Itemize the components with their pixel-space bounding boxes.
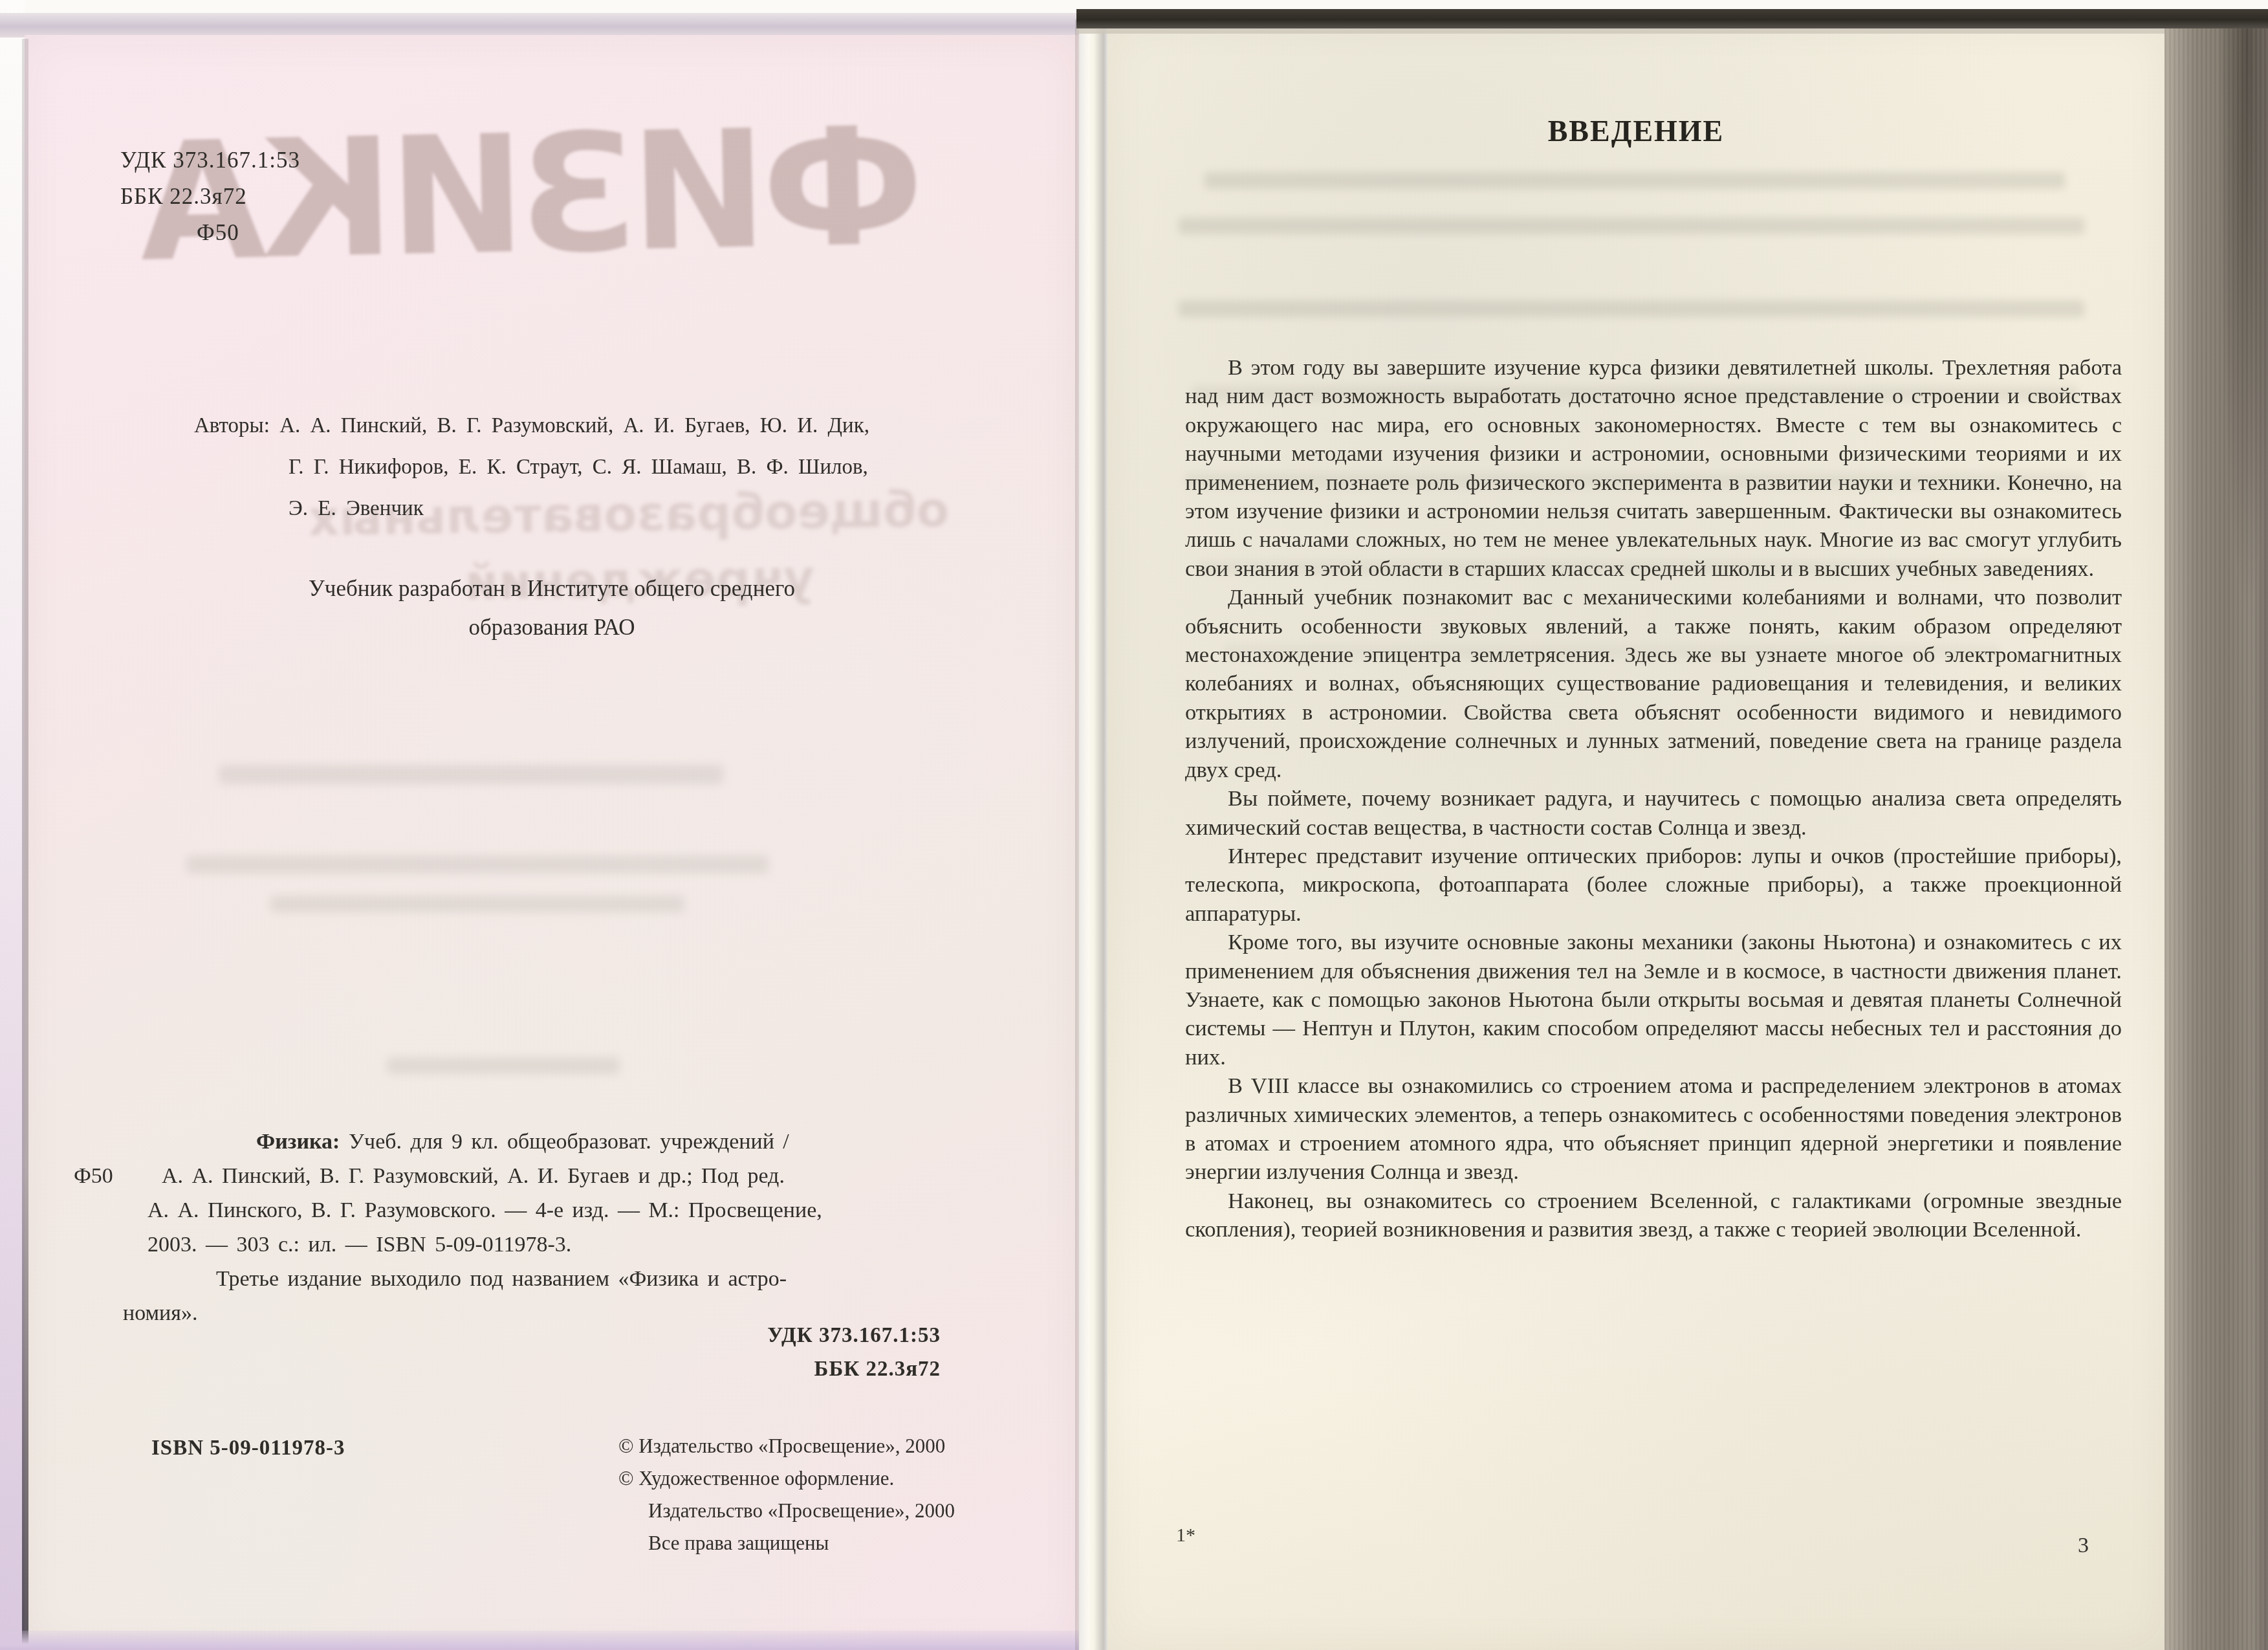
catalog-line5: Третье издание выходило под названием «Ф… bbox=[66, 1262, 1043, 1296]
paragraph: Кроме того, вы изучите основные законы м… bbox=[1185, 928, 2122, 1072]
page-number: 3 bbox=[2078, 1534, 2089, 1558]
isbn-number: ISBN 5-09-011978-3 bbox=[151, 1436, 345, 1460]
catalog-line3: А. А. Пинского, В. Г. Разумовского. — 4-… bbox=[66, 1193, 1043, 1227]
copyright-line3: Издательство «Просвещение», 2000 bbox=[618, 1495, 955, 1527]
showthrough-smudge bbox=[270, 896, 684, 912]
catalog-line2-text: А. А. Пинский, В. Г. Разумовский, А. И. … bbox=[162, 1164, 785, 1188]
showthrough-smudge bbox=[1205, 172, 2065, 189]
imprint-page: ФИЗИКА общеобразовательных учреждений УД… bbox=[25, 35, 1079, 1650]
copyright-line4: Все права защищены bbox=[618, 1527, 955, 1559]
introduction-text: В этом году вы завершите изучение курса … bbox=[1185, 353, 2122, 1244]
catalog-card: Физика: Учеб. для 9 кл. общеобразоват. у… bbox=[66, 1125, 1043, 1330]
author-sign-code: Ф50 bbox=[74, 1159, 113, 1193]
scanner-background bbox=[2164, 9, 2268, 1650]
institute-note-line2: образования РАО bbox=[25, 608, 1079, 647]
bbk-code-bottom: ББК 22.3я72 bbox=[767, 1352, 941, 1386]
authors-line2: Г. Г. Никифоров, Е. К. Страут, С. Я. Шам… bbox=[194, 446, 977, 488]
paragraph: Интерес представит изучение оптических п… bbox=[1185, 842, 2122, 928]
left-page-top-edge bbox=[0, 13, 1079, 38]
left-page-bottom-edge bbox=[0, 1631, 1079, 1650]
showthrough-smudge bbox=[1179, 300, 2084, 317]
book-top-edge-shadow bbox=[1076, 9, 2268, 28]
udc-code-bottom: УДК 373.167.1:53 bbox=[767, 1319, 941, 1352]
classification-codes-bottom: УДК 373.167.1:53 ББК 22.3я72 bbox=[767, 1319, 941, 1386]
classification-codes-top: УДК 373.167.1:53 ББК 22.3я72 Ф50 bbox=[120, 142, 300, 251]
scanner-left-edge bbox=[0, 0, 25, 1650]
left-page-edge-shadow bbox=[22, 39, 28, 1650]
authors-label: Авторы: bbox=[194, 414, 270, 437]
signature-mark: 1* bbox=[1176, 1524, 1195, 1546]
paragraph: В этом году вы завершите изучение курса … bbox=[1185, 353, 2122, 583]
authors-line1: Авторы: А. А. Пинский, В. Г. Разумовский… bbox=[194, 405, 977, 446]
copyright-block: © Издательство «Просвещение», 2000 © Худ… bbox=[618, 1430, 955, 1559]
udc-code: УДК 373.167.1:53 bbox=[120, 142, 300, 179]
institute-note: Учебник разработан в Институте общего ср… bbox=[25, 569, 1079, 647]
showthrough-smudge bbox=[1179, 217, 2084, 234]
authors-line3: Э. Е. Эвенчик bbox=[194, 488, 977, 529]
catalog-line1-rest: Учеб. для 9 кл. общеобразоват. учреждени… bbox=[340, 1130, 789, 1154]
bbk-code: ББК 22.3я72 bbox=[120, 179, 300, 215]
paragraph: В VIII классе вы ознакомились со строени… bbox=[1185, 1072, 2122, 1187]
book-spread-scan: ФИЗИКА общеобразовательных учреждений УД… bbox=[0, 0, 2268, 1650]
institute-note-line1: Учебник разработан в Институте общего ср… bbox=[25, 569, 1079, 608]
catalog-line1: Физика: Учеб. для 9 кл. общеобразоват. у… bbox=[66, 1125, 1043, 1159]
authors-names1: А. А. Пинский, В. Г. Разумовский, А. И. … bbox=[279, 414, 869, 437]
mirrored-cover-title-watermark: ФИЗИКА bbox=[236, 90, 926, 298]
showthrough-smudge bbox=[387, 1057, 620, 1074]
paragraph: Данный учебник познакомит вас с механиче… bbox=[1185, 583, 2122, 784]
showthrough-smudge bbox=[219, 765, 723, 784]
author-sign-code: Ф50 bbox=[120, 215, 300, 251]
showthrough-smudge bbox=[186, 855, 769, 874]
catalog-line2: Ф50А. А. Пинский, В. Г. Разумовский, А. … bbox=[66, 1159, 1043, 1193]
catalog-title: Физика: bbox=[256, 1130, 340, 1154]
paragraph: Вы поймете, почему возникает радуга, и н… bbox=[1185, 784, 2122, 842]
catalog-line4: 2003. — 303 с.: ил. — ISBN 5-09-011978-3… bbox=[66, 1227, 1043, 1262]
book-top-edge-highlight bbox=[1076, 28, 2164, 34]
introduction-page: ВВЕДЕНИЕ В этом году вы завершите изучен… bbox=[1107, 23, 2164, 1650]
chapter-title: ВВЕДЕНИЕ bbox=[1107, 114, 2164, 148]
paragraph: Наконец, вы ознакомитесь со строением Вс… bbox=[1185, 1187, 2122, 1244]
authors-block: Авторы: А. А. Пинский, В. Г. Разумовский… bbox=[194, 405, 977, 529]
copyright-line1: © Издательство «Просвещение», 2000 bbox=[618, 1430, 955, 1462]
copyright-line2: © Художественное оформление. bbox=[618, 1462, 955, 1495]
book-gutter bbox=[1075, 19, 1107, 1650]
